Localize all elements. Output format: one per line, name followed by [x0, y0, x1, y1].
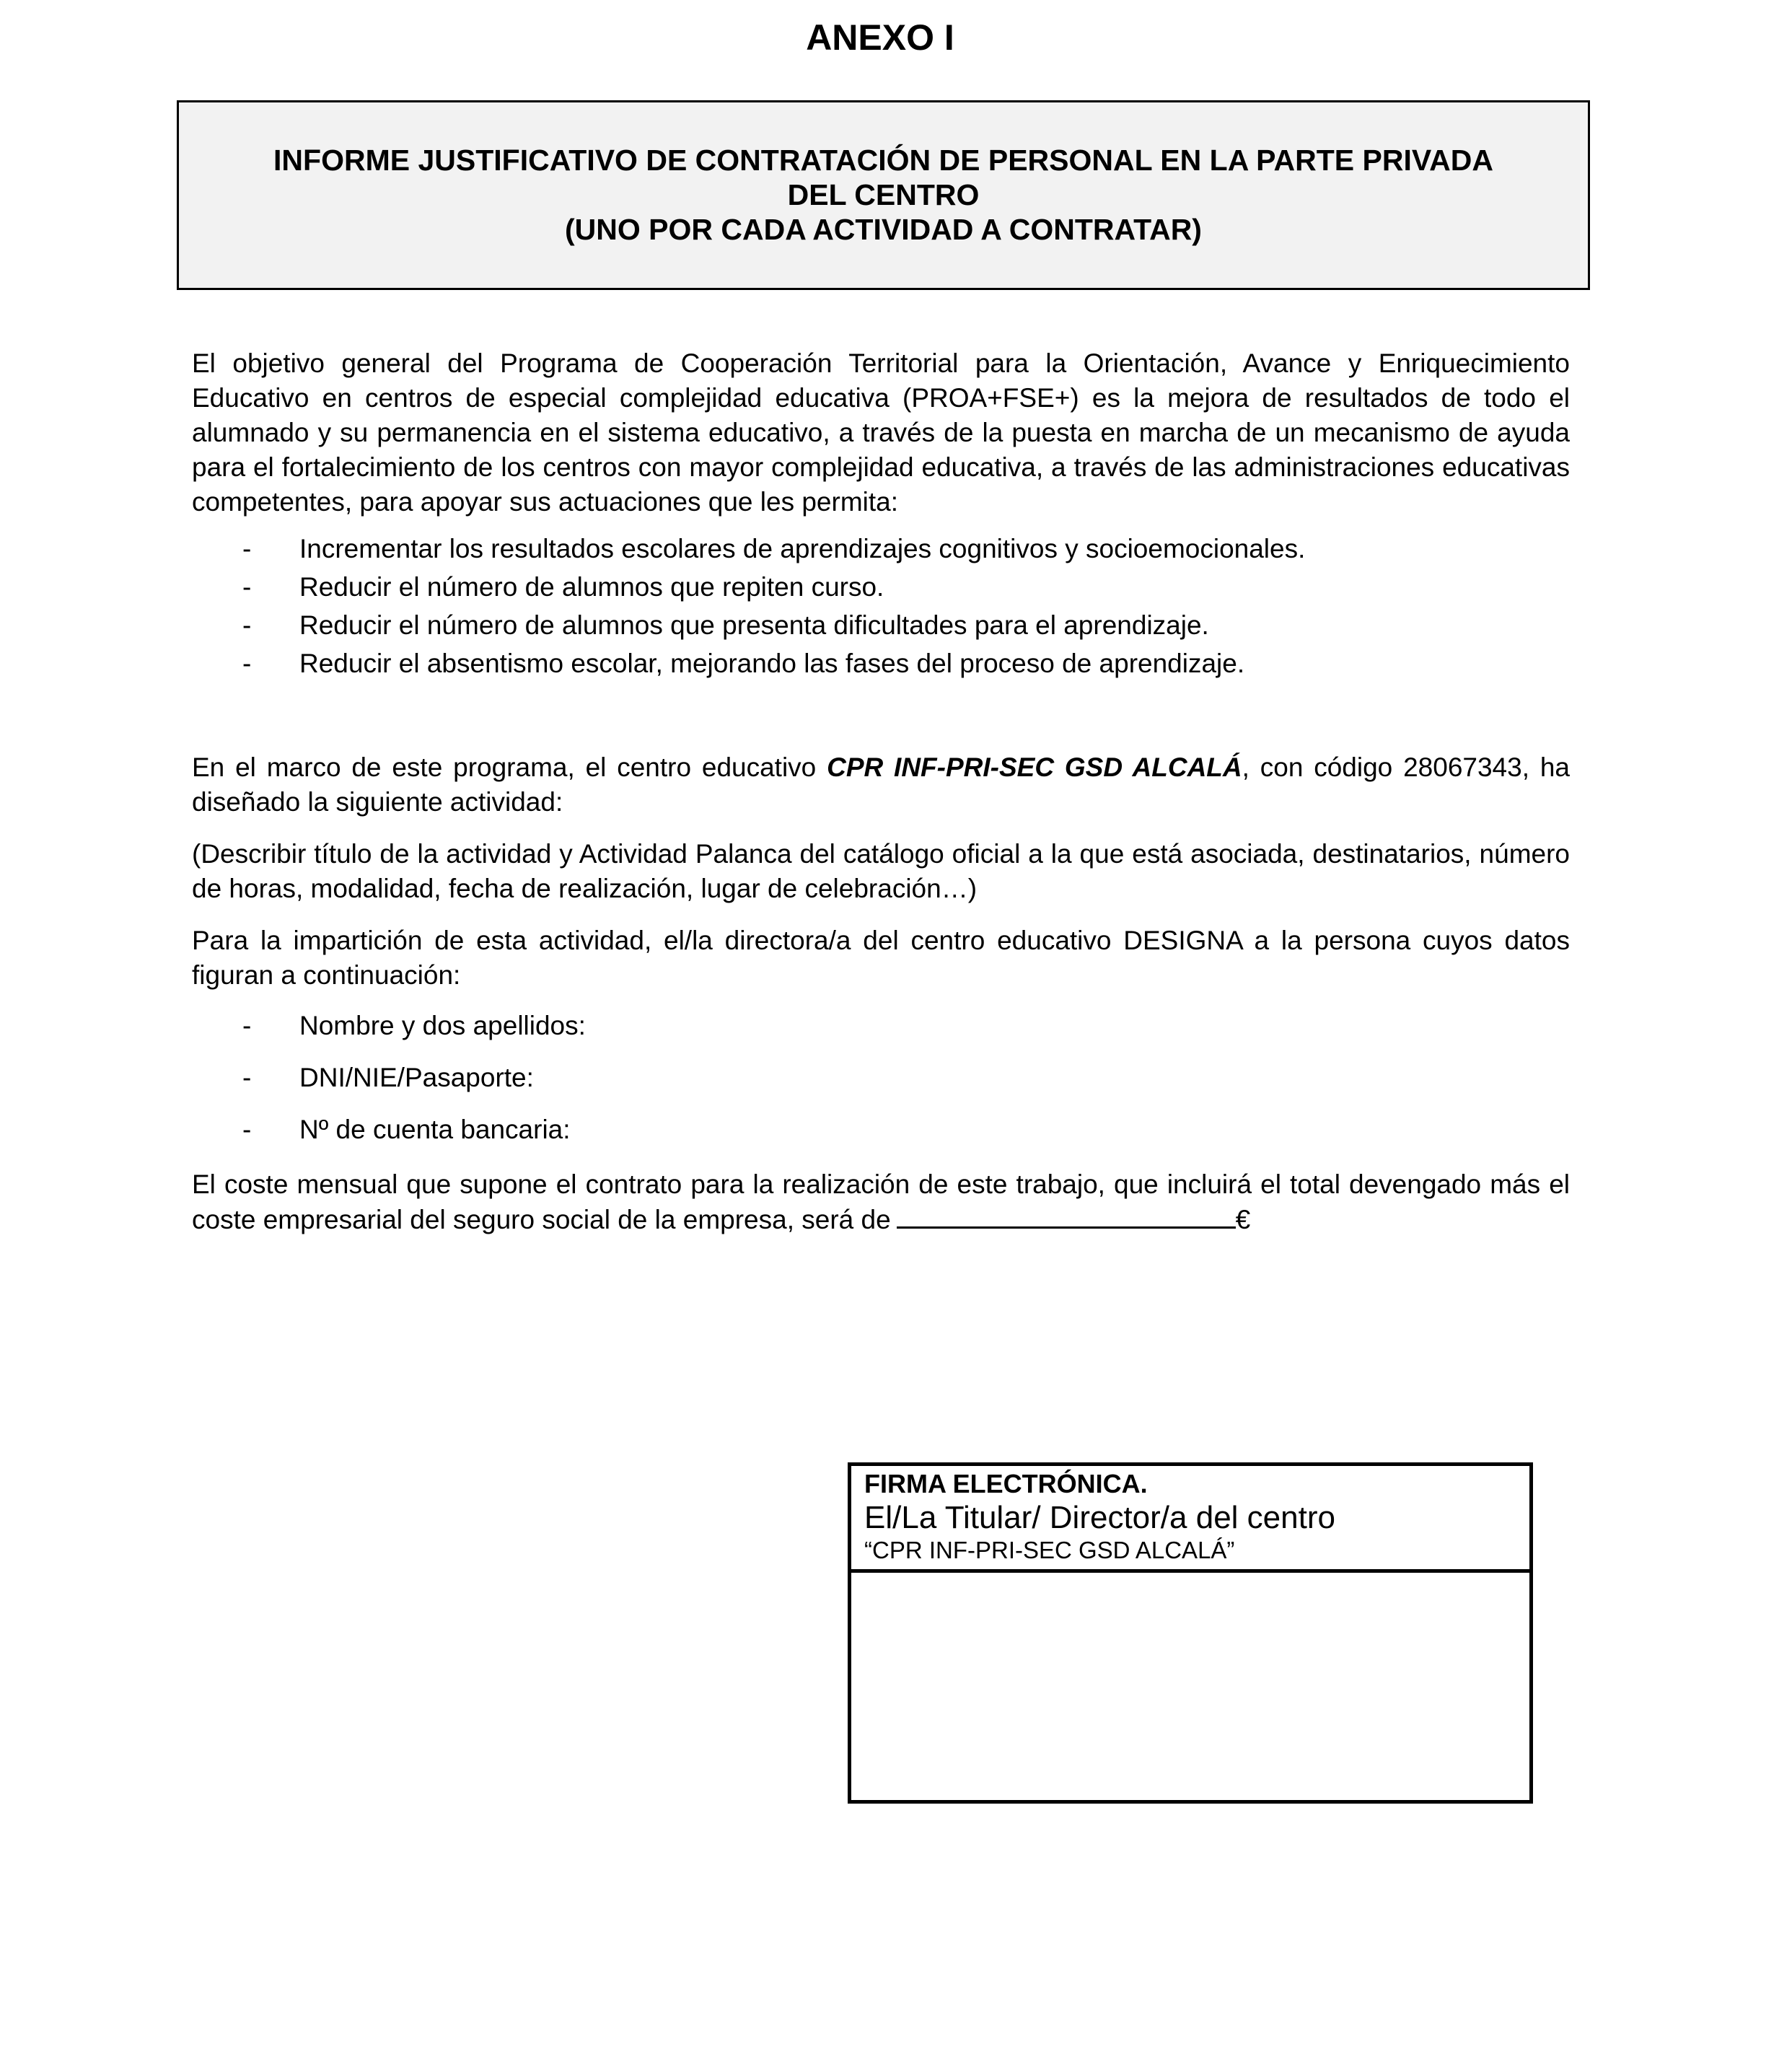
- report-title-box: INFORME JUSTIFICATIVO DE CONTRATACIÓN DE…: [177, 100, 1590, 290]
- signature-center-name: “CPR INF-PRI-SEC GSD ALCALÁ”: [864, 1537, 1234, 1564]
- field-label-name: Nombre y dos apellidos:: [299, 1011, 586, 1040]
- cost-text: El coste mensual que supone el contrato …: [192, 1169, 1570, 1234]
- signature-title: FIRMA ELECTRÓNICA.: [864, 1469, 1148, 1499]
- field-label-id: DNI/NIE/Pasaporte:: [299, 1063, 534, 1092]
- signature-box: FIRMA ELECTRÓNICA. El/La Titular/ Direct…: [848, 1462, 1533, 1804]
- list-item: -Reducir el número de alumnos que repite…: [242, 570, 1570, 608]
- framework-text-before: En el marco de este programa, el centro …: [192, 752, 827, 782]
- report-title-line-1: INFORME JUSTIFICATIVO DE CONTRATACIÓN DE…: [179, 143, 1588, 177]
- dash-bullet-icon: -: [242, 1009, 251, 1043]
- list-item: -Reducir el absentismo escolar, mejorand…: [242, 646, 1570, 685]
- dash-bullet-icon: -: [242, 1061, 251, 1095]
- activity-description-paragraph: (Describir título de la actividad y Acti…: [192, 837, 1570, 906]
- designation-paragraph: Para la impartición de esta actividad, e…: [192, 923, 1570, 993]
- list-item: -Nombre y dos apellidos:: [242, 1009, 1570, 1061]
- list-item: -DNI/NIE/Pasaporte:: [242, 1061, 1570, 1112]
- annex-title: ANEXO I: [0, 16, 1760, 59]
- objectives-list: -Incrementar los resultados escolares de…: [242, 532, 1570, 685]
- dash-bullet-icon: -: [242, 608, 251, 643]
- dash-bullet-icon: -: [242, 1112, 251, 1147]
- objective-text: Reducir el absentismo escolar, mejorando…: [299, 649, 1244, 678]
- list-item: -Incrementar los resultados escolares de…: [242, 532, 1570, 570]
- framework-paragraph: En el marco de este programa, el centro …: [192, 750, 1570, 820]
- signature-role: El/La Titular/ Director/a del centro: [864, 1499, 1335, 1537]
- report-title-line-2: DEL CENTRO: [179, 177, 1588, 212]
- dash-bullet-icon: -: [242, 532, 251, 566]
- list-item: -Reducir el número de alumnos que presen…: [242, 608, 1570, 646]
- euro-currency-icon: €: [1236, 1205, 1251, 1234]
- person-fields-list: -Nombre y dos apellidos: -DNI/NIE/Pasapo…: [242, 1009, 1570, 1164]
- field-label-bank-account: Nº de cuenta bancaria:: [299, 1115, 571, 1144]
- cost-amount-blank[interactable]: [897, 1202, 1236, 1229]
- dash-bullet-icon: -: [242, 646, 251, 681]
- objective-text: Reducir el número de alumnos que repiten…: [299, 572, 884, 602]
- intro-paragraph: El objetivo general del Programa de Coop…: [192, 346, 1570, 519]
- signature-header: FIRMA ELECTRÓNICA. El/La Titular/ Direct…: [851, 1466, 1529, 1573]
- center-name: CPR INF-PRI-SEC GSD ALCALÁ: [827, 752, 1242, 782]
- report-title-line-3: (UNO POR CADA ACTIVIDAD A CONTRATAR): [179, 212, 1588, 247]
- list-item: -Nº de cuenta bancaria:: [242, 1112, 1570, 1164]
- report-title: INFORME JUSTIFICATIVO DE CONTRATACIÓN DE…: [179, 143, 1588, 247]
- cost-paragraph: El coste mensual que supone el contrato …: [192, 1167, 1570, 1237]
- dash-bullet-icon: -: [242, 570, 251, 605]
- objective-text: Incrementar los resultados escolares de …: [299, 534, 1305, 563]
- objective-text: Reducir el número de alumnos que present…: [299, 610, 1209, 640]
- signature-area[interactable]: [851, 1573, 1529, 1800]
